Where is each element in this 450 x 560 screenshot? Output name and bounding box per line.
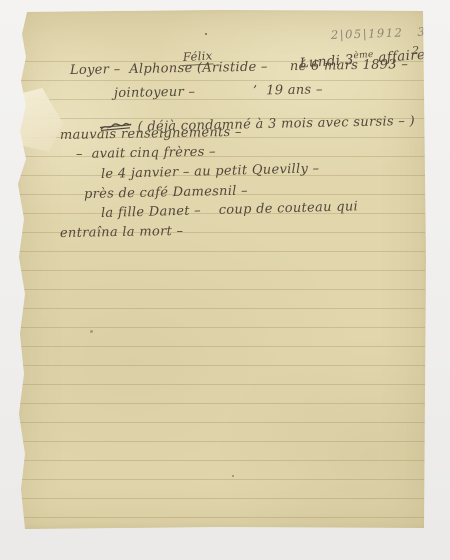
- note-line-5: – avait cinq frères –: [76, 145, 216, 162]
- note-line-text: – avait cinq frères –: [76, 145, 216, 162]
- note-line-8: la fille Danet – coup de couteau qui: [101, 199, 358, 221]
- note-line-text: la fille Danet – coup de couteau qui: [101, 199, 358, 221]
- page-number: 2: [412, 43, 419, 58]
- paper-speck: [90, 330, 93, 333]
- note-line-text: entraîna la mort –: [60, 224, 184, 241]
- note-line-text: le 4 janvier – au petit Quevilly –: [101, 161, 320, 182]
- note-line-9: entraîna la mort –: [60, 224, 184, 241]
- page-background: 2|05|191236-03 Lundi 3ème affaire 2 Féli…: [0, 0, 450, 560]
- note-line-3: ( déjà condamné à 3 mois avec sursis – ): [73, 99, 416, 151]
- note-line-text: jointoyeur – ’ 19 ans –: [114, 82, 323, 101]
- note-line-7: près de café Damesnil –: [84, 184, 248, 202]
- note-line-text: mauvais renseignements –: [60, 125, 242, 143]
- paper-sheet: 2|05|191236-03 Lundi 3ème affaire 2 Féli…: [17, 9, 427, 529]
- note-line-6: le 4 janvier – au petit Quevilly –: [101, 161, 320, 182]
- paper-speck: [205, 33, 207, 35]
- paper-speck: [232, 475, 234, 477]
- note-line-text: près de café Damesnil –: [84, 184, 248, 202]
- note-line-2: jointoyeur – ’ 19 ans –: [114, 82, 323, 101]
- tape-repair-patch: [17, 88, 63, 152]
- note-line-4: mauvais renseignements –: [60, 125, 242, 143]
